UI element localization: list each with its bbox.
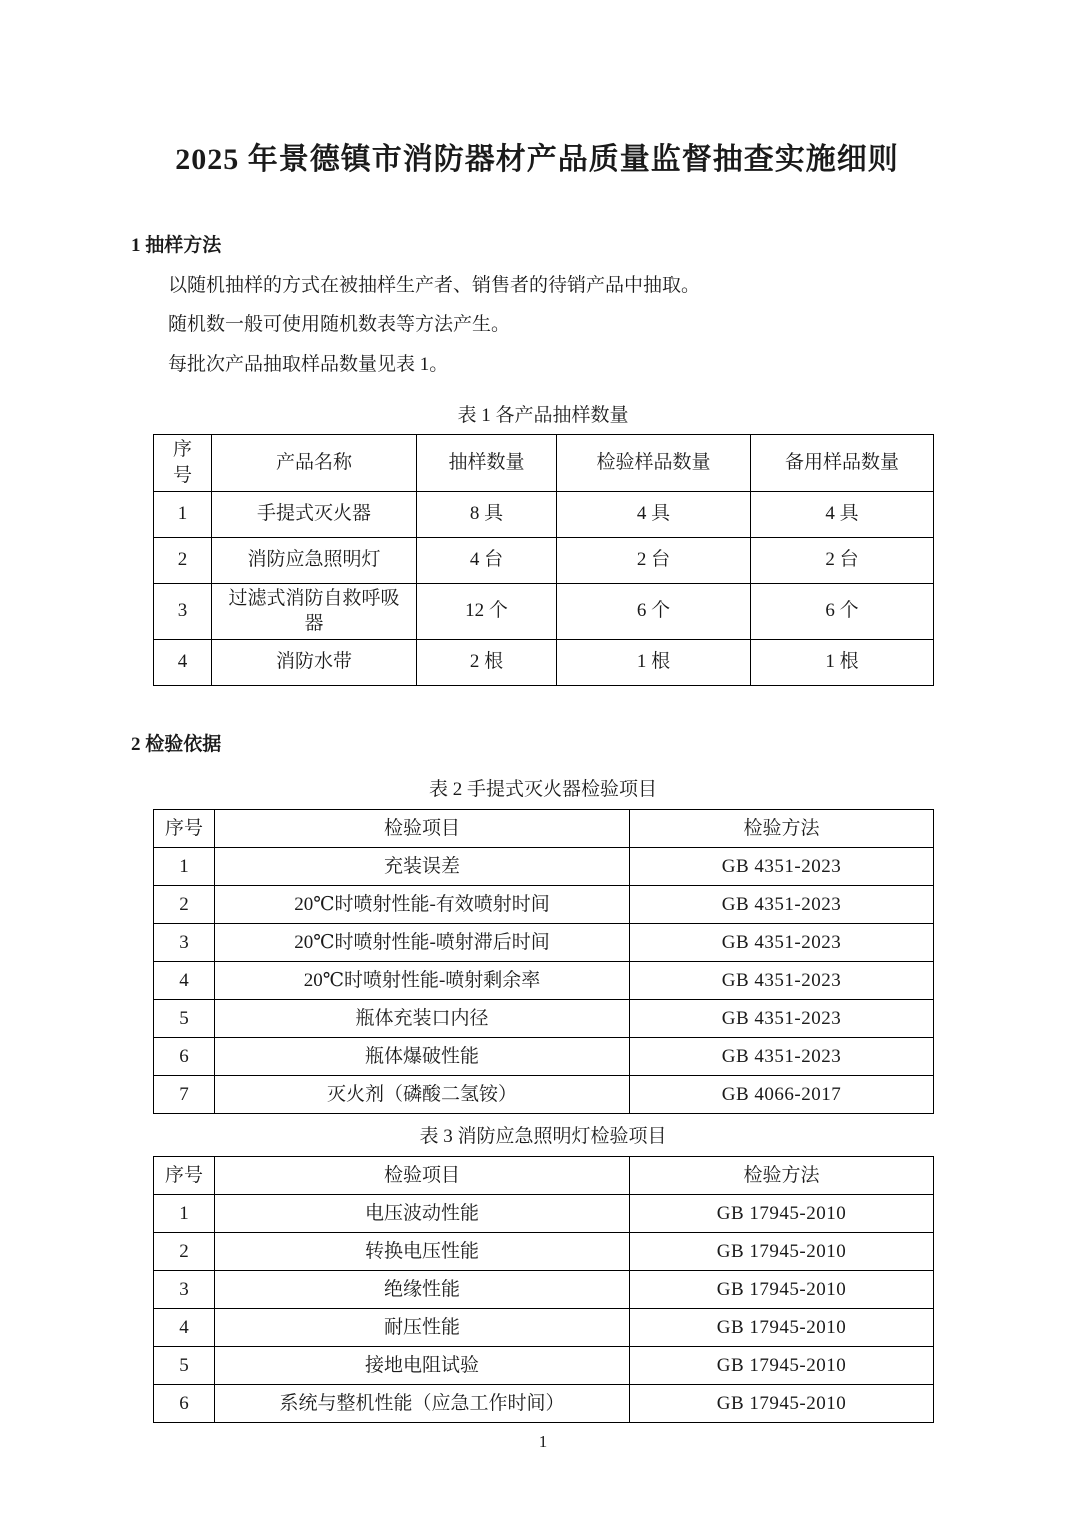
header-cell: 检验项目 — [215, 1156, 630, 1194]
table1-caption: 表 1 各产品抽样数量 — [153, 404, 933, 429]
table-cell: 2 — [154, 886, 215, 924]
table-row: 3 绝缘性能 GB 17945-2010 — [154, 1270, 934, 1308]
table-row: 5 接地电阻试验 GB 17945-2010 — [154, 1346, 934, 1384]
section-heading-sampling-method: 1 抽样方法 — [131, 233, 943, 259]
table-cell: 6 个 — [557, 583, 751, 639]
table-row: 4 20℃时喷射性能-喷射剩余率 GB 4351-2023 — [154, 962, 934, 1000]
header-cell: 序号 — [154, 1156, 215, 1194]
table-cell: 瓶体爆破性能 — [215, 1038, 630, 1076]
header-cell: 序号 — [154, 435, 212, 491]
table-cell: 手提式灭火器 — [212, 491, 417, 537]
table-header-row: 序号 产品名称 抽样数量 检验样品数量 备用样品数量 — [154, 435, 934, 491]
extinguisher-inspection-table: 序号 检验项目 检验方法 1 充装误差 GB 4351-2023 2 20℃时喷… — [153, 809, 934, 1114]
table-cell: 4 — [154, 639, 212, 685]
table-cell: 转换电压性能 — [215, 1232, 630, 1270]
table-row: 2 转换电压性能 GB 17945-2010 — [154, 1232, 934, 1270]
table3-caption: 表 3 消防应急照明灯检验项目 — [153, 1125, 933, 1150]
table-cell: 2 — [154, 1232, 215, 1270]
table-row: 3 20℃时喷射性能-喷射滞后时间 GB 4351-2023 — [154, 924, 934, 962]
table-cell: 6 个 — [751, 583, 934, 639]
table-cell: GB 4351-2023 — [630, 962, 934, 1000]
table-cell: 3 — [154, 924, 215, 962]
table-cell: GB 4351-2023 — [630, 924, 934, 962]
header-cell: 检验样品数量 — [557, 435, 751, 491]
table-cell: 2 根 — [417, 639, 557, 685]
page-title: 2025 年景德镇市消防器材产品质量监督抽查实施细则 — [131, 0, 943, 179]
table-cell: 20℃时喷射性能-有效喷射时间 — [215, 886, 630, 924]
section-heading-inspection-basis: 2 检验依据 — [131, 732, 943, 758]
emergency-light-inspection-table: 序号 检验项目 检验方法 1 电压波动性能 GB 17945-2010 2 转换… — [153, 1156, 934, 1423]
table-cell: 过滤式消防自救呼吸器 — [212, 583, 417, 639]
table-cell: 6 — [154, 1038, 215, 1076]
table-cell: 8 具 — [417, 491, 557, 537]
table-row: 1 电压波动性能 GB 17945-2010 — [154, 1194, 934, 1232]
table-row: 1 充装误差 GB 4351-2023 — [154, 848, 934, 886]
table-cell: 瓶体充装口内径 — [215, 1000, 630, 1038]
header-cell: 检验项目 — [215, 810, 630, 848]
table-cell: 1 — [154, 1194, 215, 1232]
page-number: 1 — [153, 1432, 933, 1452]
table-cell: 2 — [154, 537, 212, 583]
header-cell: 抽样数量 — [417, 435, 557, 491]
table-cell: 4 — [154, 1308, 215, 1346]
table-row: 6 系统与整机性能（应急工作时间） GB 17945-2010 — [154, 1384, 934, 1422]
table-cell: 接地电阻试验 — [215, 1346, 630, 1384]
table-row: 1 手提式灭火器 8 具 4 具 4 具 — [154, 491, 934, 537]
table-cell: GB 17945-2010 — [630, 1384, 934, 1422]
table-cell: 2 台 — [751, 537, 934, 583]
table-cell: 1 — [154, 491, 212, 537]
table-cell: GB 4351-2023 — [630, 886, 934, 924]
header-cell: 检验方法 — [630, 1156, 934, 1194]
paragraph: 每批次产品抽取样品数量见表 1。 — [131, 352, 943, 378]
paragraph: 随机数一般可使用随机数表等方法产生。 — [131, 312, 943, 338]
table-cell: 消防水带 — [212, 639, 417, 685]
table-cell: 4 具 — [557, 491, 751, 537]
document-page: 2025 年景德镇市消防器材产品质量监督抽查实施细则 1 抽样方法 以随机抽样的… — [0, 0, 1074, 1520]
table-cell: 4 台 — [417, 537, 557, 583]
table-cell: 1 — [154, 848, 215, 886]
table-cell: 1 根 — [751, 639, 934, 685]
table-cell: 耐压性能 — [215, 1308, 630, 1346]
table-cell: GB 4351-2023 — [630, 848, 934, 886]
table-cell: 1 根 — [557, 639, 751, 685]
table2-caption: 表 2 手提式灭火器检验项目 — [153, 778, 933, 803]
table-cell: 5 — [154, 1000, 215, 1038]
table-row: 3 过滤式消防自救呼吸器 12 个 6 个 6 个 — [154, 583, 934, 639]
paragraph: 以随机抽样的方式在被抽样生产者、销售者的待销产品中抽取。 — [131, 273, 943, 299]
table-cell: 4 具 — [751, 491, 934, 537]
table-cell: GB 4066-2017 — [630, 1076, 934, 1114]
table-cell: 3 — [154, 1270, 215, 1308]
table-cell: 灭火剂（磷酸二氢铵） — [215, 1076, 630, 1114]
table-row: 4 耐压性能 GB 17945-2010 — [154, 1308, 934, 1346]
header-cell: 序号 — [154, 810, 215, 848]
table-cell: 系统与整机性能（应急工作时间） — [215, 1384, 630, 1422]
table-cell: 3 — [154, 583, 212, 639]
table-row: 4 消防水带 2 根 1 根 1 根 — [154, 639, 934, 685]
table-header-row: 序号 检验项目 检验方法 — [154, 810, 934, 848]
table-cell: GB 17945-2010 — [630, 1232, 934, 1270]
table-cell: 消防应急照明灯 — [212, 537, 417, 583]
table-row: 6 瓶体爆破性能 GB 4351-2023 — [154, 1038, 934, 1076]
table-cell: 6 — [154, 1384, 215, 1422]
header-cell: 检验方法 — [630, 810, 934, 848]
table-cell: 电压波动性能 — [215, 1194, 630, 1232]
table-row: 2 20℃时喷射性能-有效喷射时间 GB 4351-2023 — [154, 886, 934, 924]
table-cell: 4 — [154, 962, 215, 1000]
table-cell: 2 台 — [557, 537, 751, 583]
table-cell: GB 4351-2023 — [630, 1038, 934, 1076]
table-cell: GB 4351-2023 — [630, 1000, 934, 1038]
header-cell: 备用样品数量 — [751, 435, 934, 491]
table-cell: GB 17945-2010 — [630, 1270, 934, 1308]
table-cell: 12 个 — [417, 583, 557, 639]
table-row: 2 消防应急照明灯 4 台 2 台 2 台 — [154, 537, 934, 583]
table-cell: 7 — [154, 1076, 215, 1114]
table-cell: 绝缘性能 — [215, 1270, 630, 1308]
table-cell: GB 17945-2010 — [630, 1308, 934, 1346]
table-cell: 20℃时喷射性能-喷射滞后时间 — [215, 924, 630, 962]
table-cell: 5 — [154, 1346, 215, 1384]
table-row: 7 灭火剂（磷酸二氢铵） GB 4066-2017 — [154, 1076, 934, 1114]
header-cell: 产品名称 — [212, 435, 417, 491]
table-header-row: 序号 检验项目 检验方法 — [154, 1156, 934, 1194]
table-cell: GB 17945-2010 — [630, 1194, 934, 1232]
sampling-quantity-table: 序号 产品名称 抽样数量 检验样品数量 备用样品数量 1 手提式灭火器 8 具 … — [153, 434, 934, 686]
table-row: 5 瓶体充装口内径 GB 4351-2023 — [154, 1000, 934, 1038]
table-cell: 20℃时喷射性能-喷射剩余率 — [215, 962, 630, 1000]
table-cell: GB 17945-2010 — [630, 1346, 934, 1384]
table-cell: 充装误差 — [215, 848, 630, 886]
